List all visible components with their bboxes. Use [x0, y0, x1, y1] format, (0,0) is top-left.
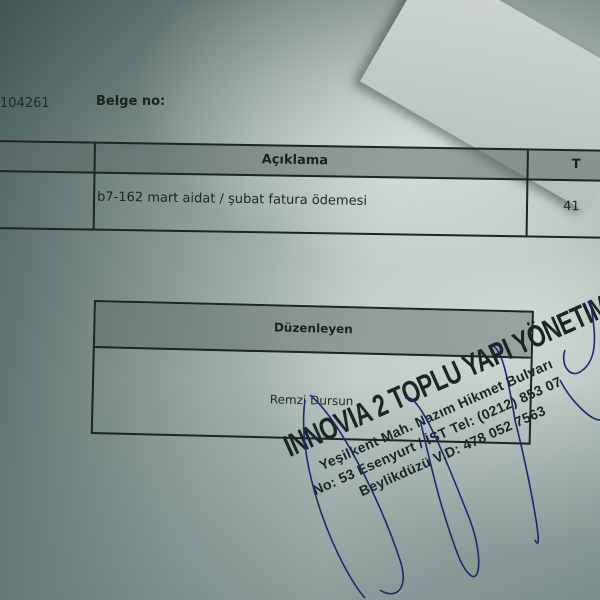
column-header-tutar: T [572, 157, 581, 172]
issuer-title: Düzenleyen [95, 316, 531, 341]
column-header-aciklama: Açıklama [262, 152, 329, 168]
document-number: 104261 [0, 96, 50, 111]
row-amount: 41 [563, 199, 580, 214]
belge-no-label: Belge no: [96, 94, 165, 109]
items-table: Açıklama T b7-162 mart aidat / şubat fat… [0, 140, 600, 238]
